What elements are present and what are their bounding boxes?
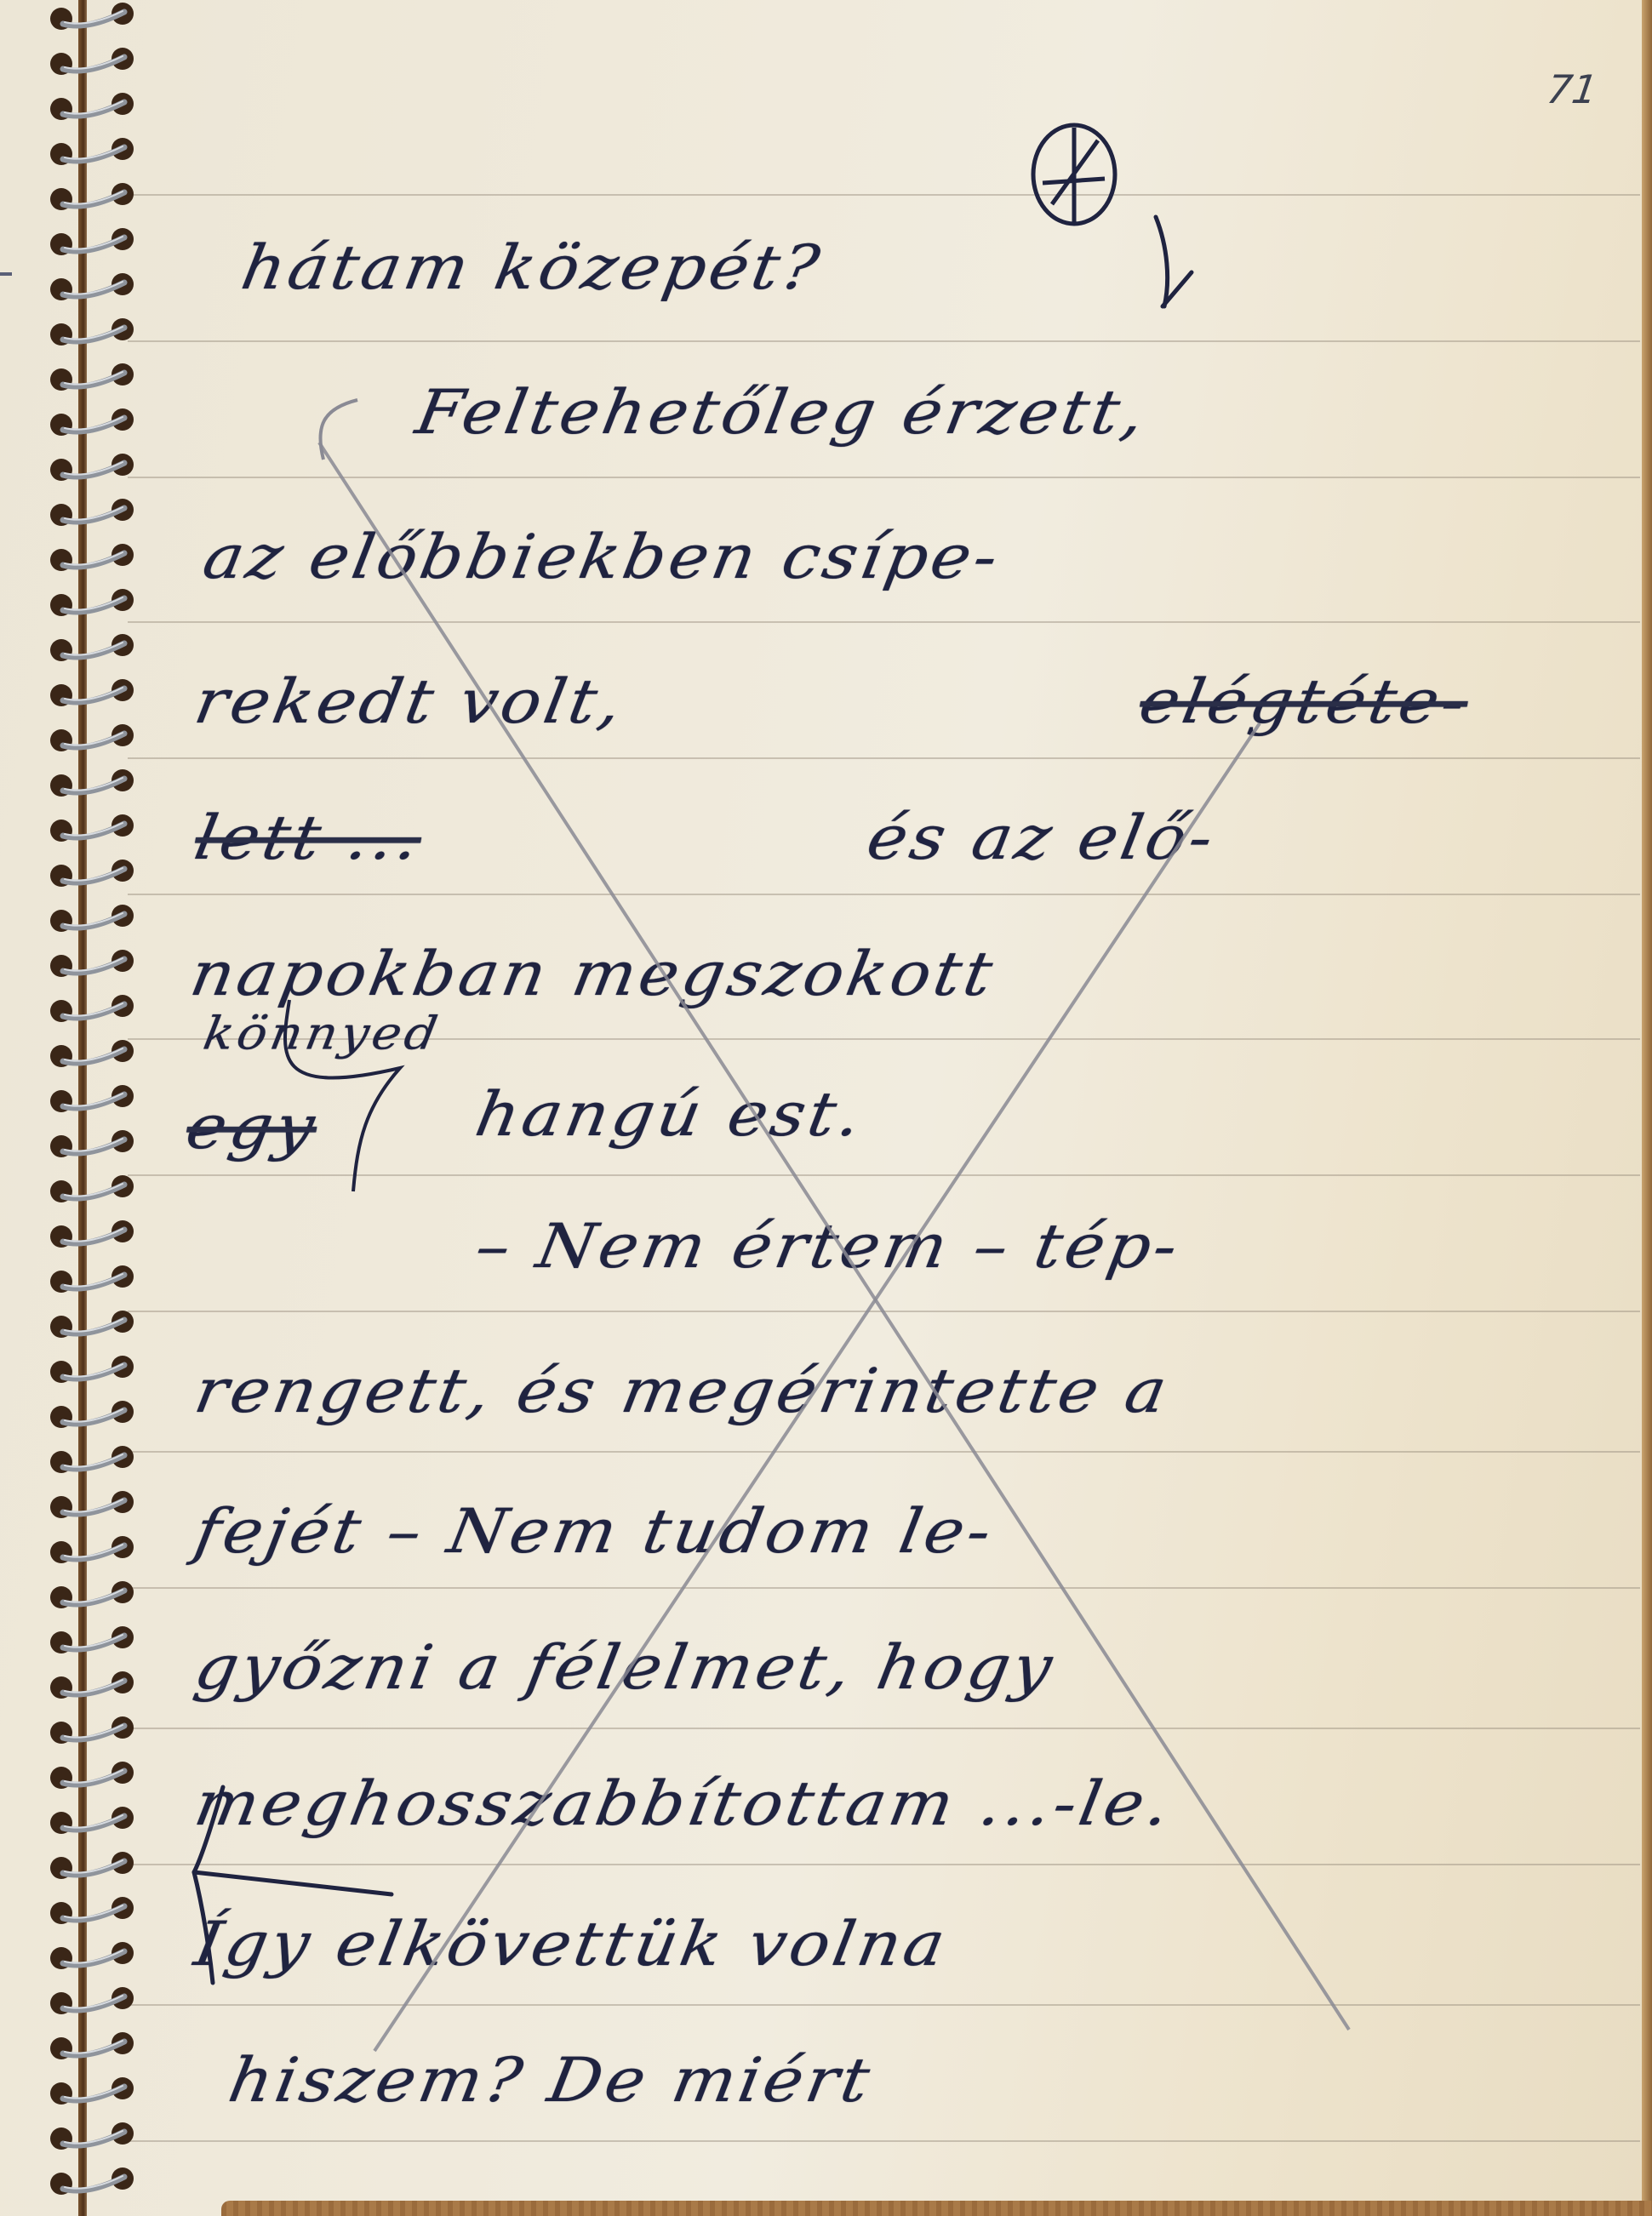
handwritten-line: és az elő- [862, 803, 1221, 874]
ruled-line [128, 621, 1640, 623]
ruled-line [128, 1728, 1640, 1729]
handwritten-line: győzni a félelmet, hogy [190, 1633, 1060, 1704]
ruled-line [128, 894, 1640, 895]
handwritten-line: Feltehetőleg érzett, [411, 378, 1153, 448]
desk-edge-right [1642, 0, 1652, 2216]
page-number: 71 [1544, 66, 1600, 112]
inserted-word: könnyed [199, 1007, 444, 1060]
ruled-line [128, 1587, 1640, 1589]
handwritten-line: Így elkövettük volna [190, 1910, 953, 1980]
handwritten-line: rengett, és megérintette a [190, 1356, 1175, 1427]
circled-asterisk-icon [1033, 125, 1115, 224]
handwritten-line: az előbbiekben csípe- [198, 523, 1007, 593]
handwritten-line: – Nem értem – tép- [471, 1212, 1186, 1282]
handwritten-line: hiszem? De miért [224, 2046, 878, 2116]
ruled-line [128, 340, 1640, 342]
ruled-line [128, 1311, 1640, 1312]
handwritten-line: napokban megszokott [186, 940, 1001, 1010]
struck-word: elégtéte- [1135, 667, 1474, 738]
desk-edge-bottom [221, 2201, 1652, 2216]
spiral-spine [78, 0, 87, 2216]
handwritten-line: fejét – Nem tudom le- [190, 1497, 1000, 1568]
ruled-line [128, 1864, 1640, 1865]
notebook-page: 71 hátam közepét? Feltehetőleg érzett, a… [0, 0, 1652, 2216]
struck-word: lett ... [190, 803, 428, 874]
handwritten-line: rekedt volt, [190, 667, 631, 738]
ruled-line [128, 2004, 1640, 2006]
ruled-line [128, 1174, 1640, 1176]
handwritten-line: hangú est. [471, 1080, 870, 1151]
ruled-line [128, 194, 1640, 196]
handwritten-line: hátam közepét? [237, 233, 828, 304]
ruled-line [128, 1451, 1640, 1453]
margin-mark [0, 272, 12, 276]
struck-word: egy [181, 1093, 323, 1163]
arrow-down-right-icon [1156, 217, 1192, 306]
paragraph-hook [320, 400, 357, 460]
ruled-line [128, 477, 1640, 478]
handwritten-line: meghosszabbítottam ...-le. [190, 1769, 1178, 1840]
ruled-line [128, 2140, 1640, 2142]
ruled-line [128, 757, 1640, 759]
